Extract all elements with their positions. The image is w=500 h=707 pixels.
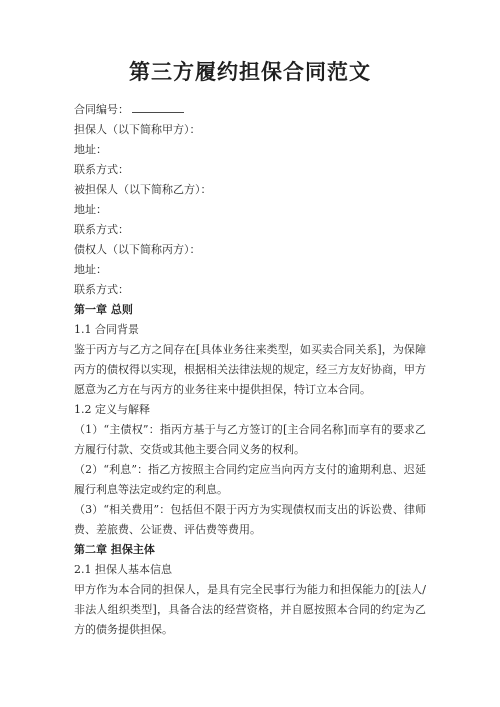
document-body: 第三方履约担保合同范文 合同编号： 担保人（以下简称甲方）： 地址： 联系方式：… (74, 0, 426, 640)
contract-number-label: 合同编号： (74, 103, 129, 116)
chapter-1-heading: 第一章 总则 (74, 300, 426, 320)
address-line: 地址： (74, 260, 426, 280)
chapter-2-heading: 第二章 担保主体 (74, 540, 426, 560)
contact-line: 联系方式： (74, 220, 426, 240)
contract-number-line: 合同编号： (74, 100, 426, 120)
contact-line: 联系方式： (74, 160, 426, 180)
creditor-party-c-line: 债权人（以下简称丙方）： (74, 240, 426, 260)
document-page: 第三方履约担保合同范文 合同编号： 担保人（以下简称甲方）： 地址： 联系方式：… (0, 0, 500, 707)
section-2-1-subheading: 2.1 担保人基本信息 (74, 560, 426, 580)
contract-number-blank-underline (132, 102, 184, 113)
paragraph-definition-interest: （2）“利息”：指乙方按照主合同约定应当向丙方支付的逾期利息、迟延履行利息等法定… (74, 460, 426, 500)
paragraph-definition-main-claim: （1）“主债权”：指丙方基于与乙方签订的[主合同名称]而享有的要求乙方履行付款、… (74, 420, 426, 460)
paragraph-definition-related-fees: （3）“相关费用”：包括但不限于丙方为实现债权而支出的诉讼费、律师费、差旅费、公… (74, 500, 426, 540)
address-line: 地址： (74, 200, 426, 220)
address-line: 地址： (74, 140, 426, 160)
contact-line: 联系方式： (74, 280, 426, 300)
section-1-2-subheading: 1.2 定义与解释 (74, 400, 426, 420)
section-1-1-subheading: 1.1 合同背景 (74, 320, 426, 340)
paragraph-contract-background: 鉴于丙方与乙方之间存在[具体业务往来类型，如买卖合同关系]，为保障丙方的债权得以… (74, 340, 426, 400)
paragraph-guarantor-basic-info: 甲方作为本合同的担保人，是具有完全民事行为能力和担保能力的[法人/非法人组织类型… (74, 580, 426, 640)
document-title: 第三方履约担保合同范文 (74, 56, 426, 87)
guaranteed-party-b-line: 被担保人（以下简称乙方）： (74, 180, 426, 200)
guarantor-party-a-line: 担保人（以下简称甲方）： (74, 120, 426, 140)
